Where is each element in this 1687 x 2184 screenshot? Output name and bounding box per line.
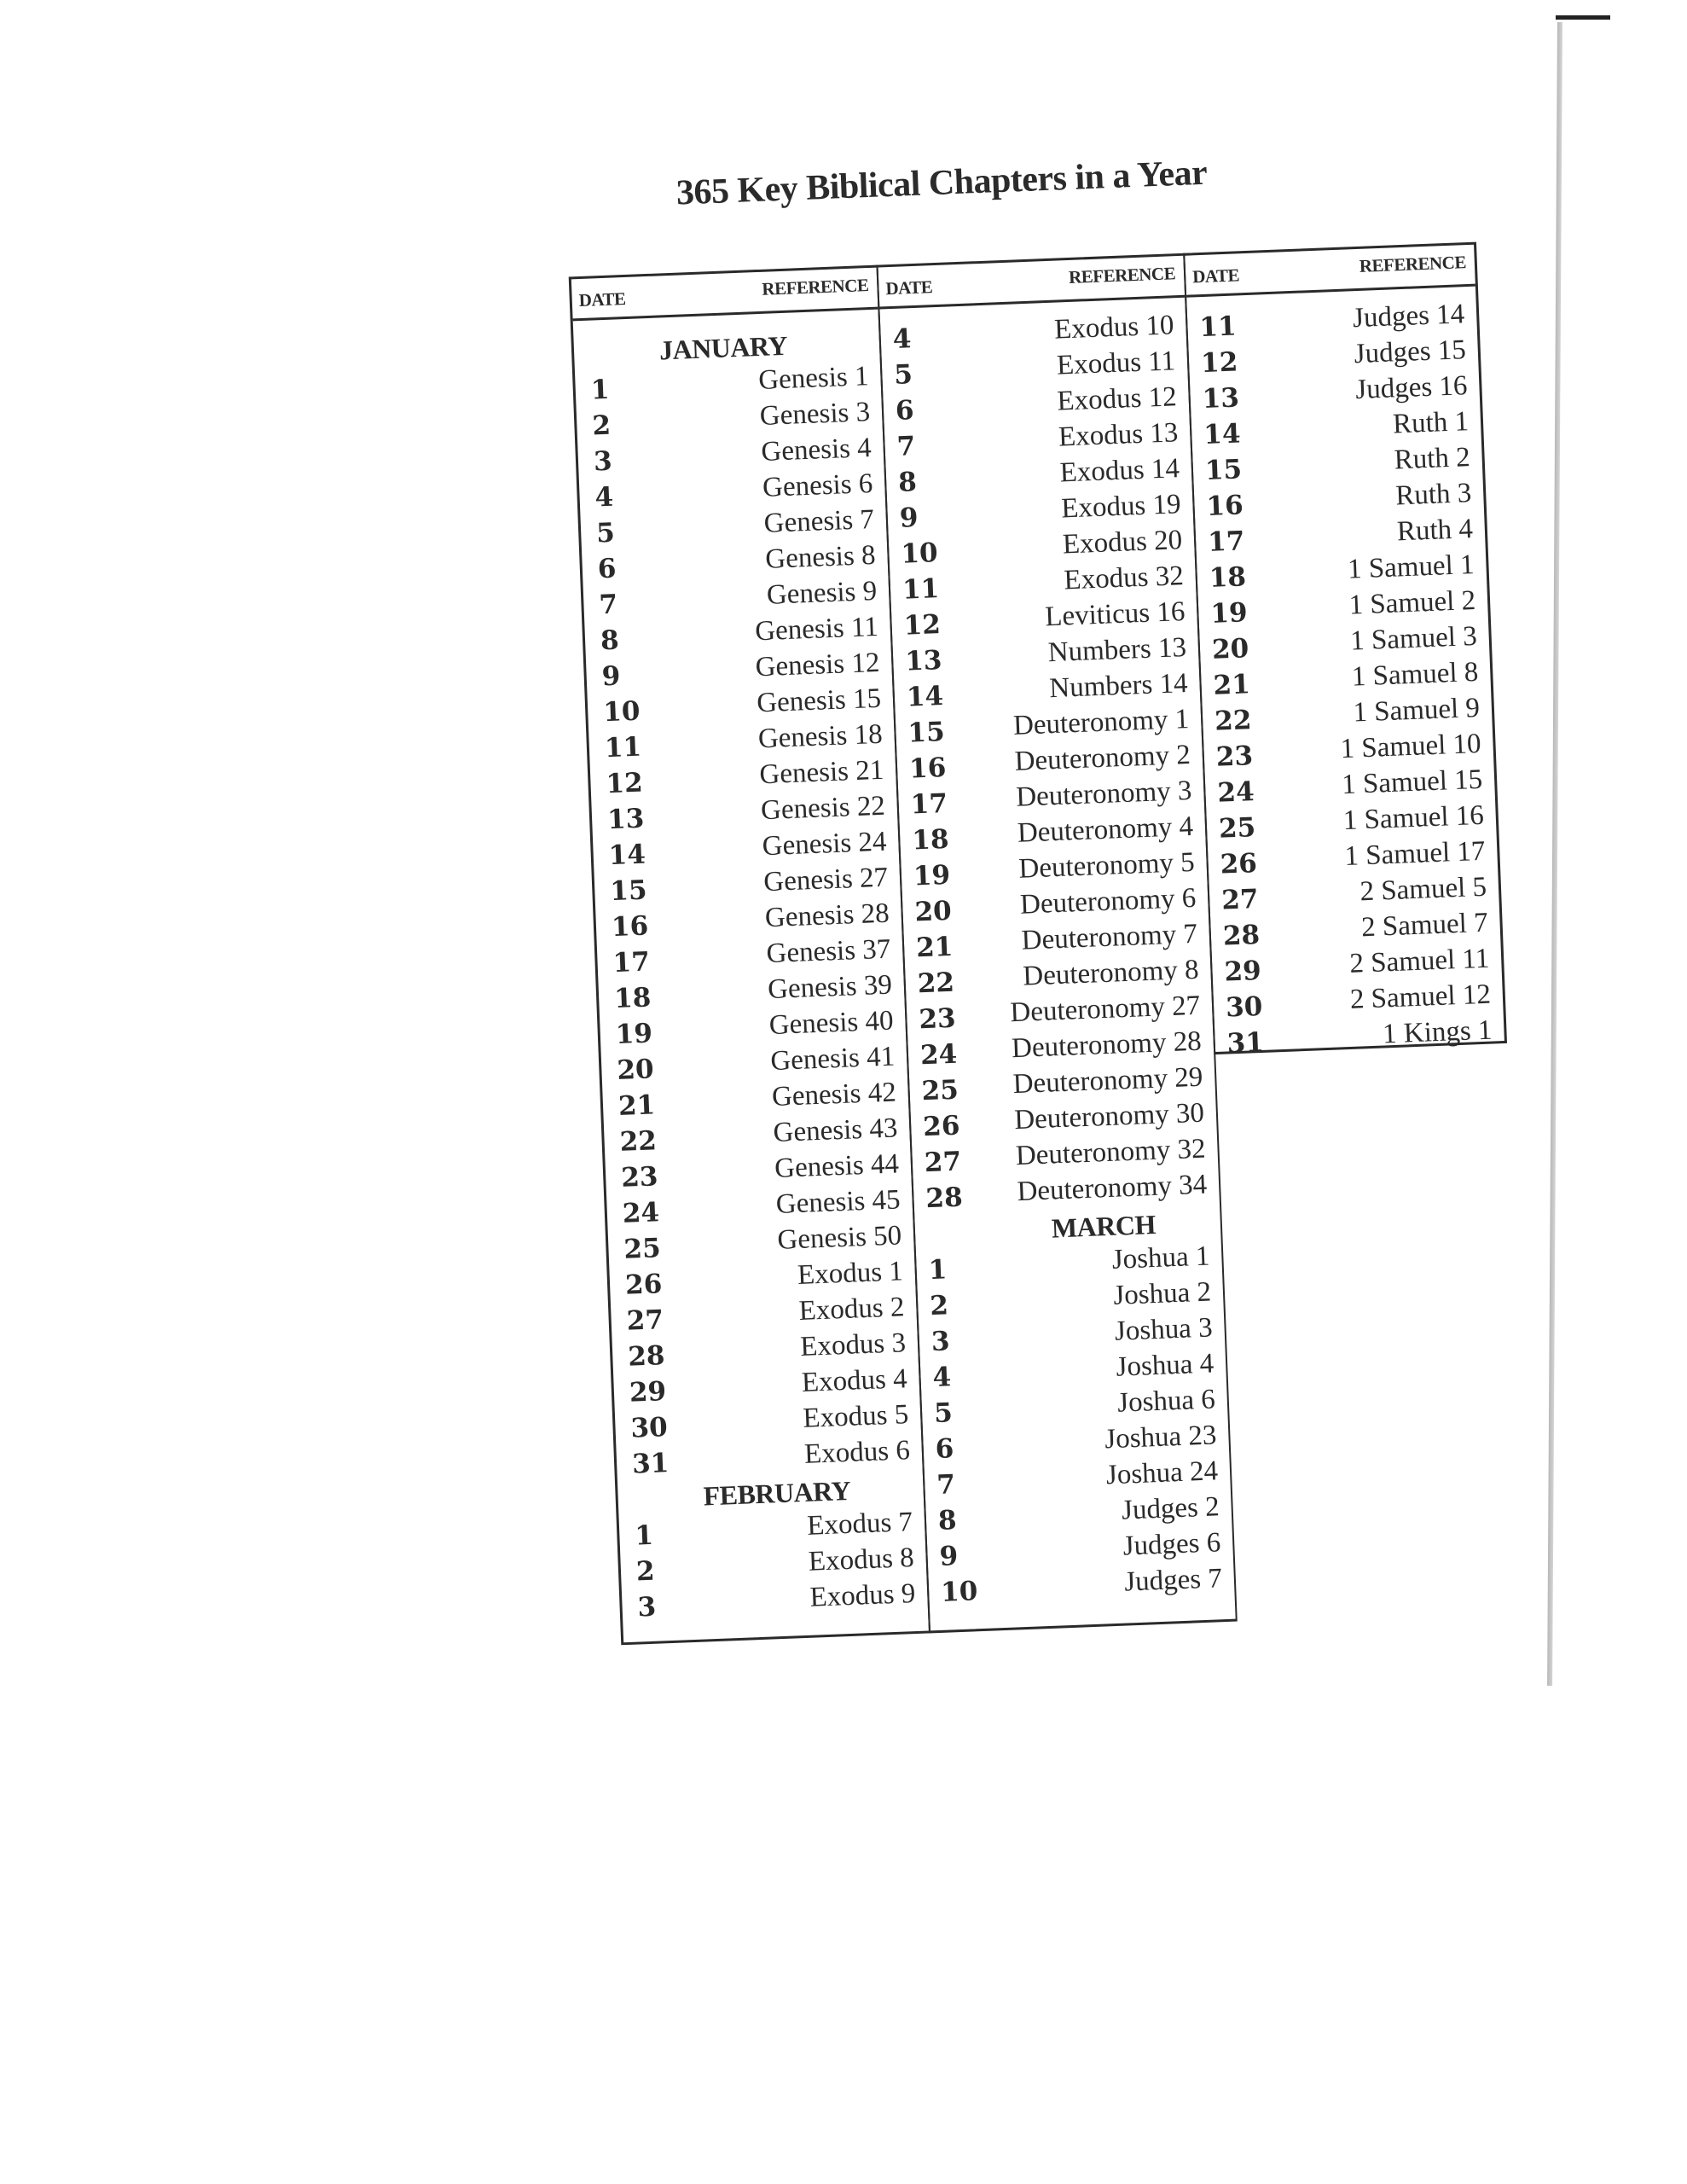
date-cell: 23 (1215, 741, 1253, 773)
date-cell: 31 (632, 1448, 670, 1480)
date-cell: 9 (939, 1541, 959, 1572)
reference-cell: Genesis 7 (763, 504, 875, 540)
reference-header: REFERENCE (1359, 252, 1466, 277)
date-cell: 17 (1208, 526, 1245, 558)
reference-cell: Genesis 6 (762, 468, 873, 504)
reference-cell: Leviticus 16 (1045, 596, 1186, 633)
date-cell: 21 (1213, 669, 1250, 701)
date-cell: 22 (1215, 705, 1252, 737)
date-cell: 7 (896, 431, 916, 462)
reference-cell: 2 Samuel 12 (1349, 979, 1491, 1016)
reference-cell: Genesis 50 (777, 1220, 902, 1257)
reference-cell: Exodus 1 (797, 1256, 903, 1292)
reference-cell: Genesis 9 (766, 576, 878, 612)
reference-cell: Genesis 45 (775, 1184, 901, 1221)
reference-cell: Genesis 42 (771, 1077, 896, 1113)
date-cell: 18 (912, 824, 949, 857)
reference-cell: Genesis 12 (755, 648, 880, 684)
reference-cell: Exodus 20 (1062, 525, 1183, 561)
date-cell: 13 (1202, 382, 1239, 415)
reference-cell: Judges 15 (1354, 334, 1466, 370)
reference-cell: 2 Samuel 7 (1361, 908, 1489, 944)
reference-cell: Ruth 1 (1392, 406, 1469, 440)
reference-cell: Genesis 18 (757, 719, 883, 756)
date-cell: 16 (611, 910, 648, 943)
date-cell: 10 (603, 696, 641, 729)
date-cell: 23 (621, 1161, 658, 1194)
date-cell: 1 (928, 1254, 948, 1286)
reference-cell: Exodus 3 (800, 1327, 907, 1363)
date-cell: 2 (592, 410, 612, 442)
date-cell: 25 (921, 1075, 959, 1107)
reference-cell: 2 Samuel 5 (1359, 872, 1487, 909)
date-cell: 22 (917, 967, 954, 1000)
date-cell: 21 (617, 1089, 655, 1122)
date-cell: 2 (635, 1556, 655, 1588)
reference-header: REFERENCE (1069, 263, 1176, 288)
table-column-1: DATE REFERENCE JANUARY1Genesis 12Genesis… (569, 265, 930, 1646)
table-column-3: DATE REFERENCE 11Judges 1412Judges 1513J… (1183, 242, 1507, 1055)
reference-cell: Joshua 2 (1113, 1276, 1212, 1311)
date-header: DATE (885, 276, 933, 299)
reference-cell: Exodus 14 (1059, 453, 1180, 489)
reference-cell: Ruth 3 (1395, 478, 1472, 512)
date-cell: 27 (1221, 884, 1259, 916)
reference-cell: 1 Samuel 2 (1348, 585, 1476, 622)
date-cell: 24 (1217, 776, 1255, 809)
date-cell: 25 (623, 1233, 661, 1265)
reference-cell: 1 Samuel 15 (1342, 764, 1483, 801)
date-cell: 20 (1211, 633, 1249, 665)
date-cell: 1 (635, 1520, 654, 1552)
date-cell: 7 (599, 590, 618, 621)
reference-cell: Exodus 13 (1058, 417, 1179, 453)
date-cell: 18 (614, 982, 652, 1014)
scan-page-corner (1556, 15, 1610, 20)
date-cell: 15 (610, 875, 647, 908)
reference-cell: Numbers 14 (1049, 668, 1189, 705)
date-cell: 26 (624, 1269, 662, 1301)
date-cell: 25 (1218, 812, 1255, 845)
reference-cell: Exodus 4 (801, 1363, 907, 1399)
document-title: 365 Key Biblical Chapters in a Year (675, 153, 1208, 214)
reference-cell: Genesis 1 (758, 361, 870, 397)
date-cell: 28 (628, 1340, 665, 1373)
date-cell: 13 (606, 804, 644, 836)
reference-cell: Joshua 1 (1111, 1240, 1210, 1275)
reference-cell: Genesis 39 (768, 970, 893, 1007)
date-cell: 8 (937, 1505, 957, 1536)
date-cell: 29 (629, 1376, 666, 1409)
date-cell: 11 (1199, 311, 1237, 343)
reference-cell: Judges 14 (1352, 299, 1464, 334)
date-cell: 5 (933, 1397, 953, 1429)
reference-cell: 1 Samuel 16 (1342, 800, 1484, 837)
reference-cell: Exodus 6 (803, 1435, 910, 1471)
reference-cell: Genesis 40 (768, 1006, 894, 1043)
date-cell: 1 (590, 375, 610, 406)
reference-cell: Ruth 2 (1394, 442, 1470, 476)
reference-header: REFERENCE (762, 275, 869, 300)
date-cell: 13 (905, 645, 942, 677)
month-label: MARCH (1051, 1209, 1156, 1245)
reference-cell: Genesis 11 (755, 612, 879, 648)
reference-cell: Genesis 22 (760, 791, 885, 828)
reference-cell: Genesis 28 (764, 898, 890, 935)
reference-cell: Exodus 19 (1061, 489, 1182, 525)
date-cell: 12 (1200, 346, 1238, 379)
date-cell: 28 (925, 1182, 963, 1215)
reference-cell: Exodus 32 (1064, 561, 1185, 596)
reference-cell: Genesis 43 (773, 1112, 898, 1149)
date-cell: 26 (923, 1111, 960, 1143)
date-cell: 8 (898, 467, 918, 498)
date-cell: 16 (908, 752, 946, 785)
date-cell: 14 (608, 839, 646, 872)
date-cell: 3 (593, 446, 612, 478)
reference-cell: Genesis 24 (762, 827, 887, 863)
reference-cell: Genesis 21 (759, 755, 884, 792)
reference-cell: Exodus 5 (803, 1399, 909, 1435)
reference-cell: Genesis 15 (757, 683, 882, 720)
column-body: 11Judges 1412Judges 1513Judges 1614Ruth … (1186, 287, 1504, 1058)
date-cell: 31 (1226, 1027, 1264, 1060)
reference-cell: Genesis 41 (770, 1041, 896, 1077)
reference-cell: 1 Kings 1 (1382, 1015, 1493, 1051)
reference-cell: Ruth 4 (1396, 514, 1473, 548)
reference-cell: 1 Samuel 17 (1344, 836, 1486, 873)
date-cell: 5 (894, 359, 913, 391)
date-cell: 20 (617, 1054, 654, 1086)
reference-cell: Exodus 12 (1057, 381, 1178, 417)
date-cell: 9 (899, 502, 919, 534)
date-cell: 14 (1203, 418, 1241, 450)
reference-cell: Exodus 11 (1056, 346, 1175, 381)
reference-cell: 1 Samuel 9 (1353, 693, 1481, 729)
reference-cell: Genesis 27 (763, 863, 889, 899)
date-cell: 15 (907, 717, 945, 749)
date-cell: 11 (604, 732, 641, 764)
date-cell: 24 (919, 1039, 957, 1072)
date-header: DATE (1192, 264, 1240, 288)
reference-cell: Joshua 23 (1104, 1420, 1217, 1455)
reference-cell: Judges 6 (1122, 1527, 1221, 1562)
date-cell: 19 (615, 1018, 652, 1050)
reference-cell: Joshua 3 (1114, 1312, 1213, 1347)
date-cell: 11 (901, 573, 939, 606)
date-cell: 14 (906, 681, 943, 713)
reference-cell: 1 Samuel 1 (1347, 549, 1475, 586)
reading-plan-table: DATE REFERENCE JANUARY1Genesis 12Genesis… (569, 242, 1476, 277)
reference-cell: Genesis 3 (759, 397, 871, 433)
date-cell: 10 (941, 1576, 978, 1608)
date-cell: 28 (1222, 920, 1260, 952)
document-sheet: 365 Key Biblical Chapters in a Year DATE… (554, 92, 1492, 128)
reference-cell: Joshua 4 (1116, 1348, 1215, 1383)
date-cell: 4 (594, 482, 614, 514)
reference-cell: Judges 2 (1121, 1491, 1220, 1526)
date-cell: 10 (901, 537, 938, 570)
date-cell: 7 (936, 1469, 956, 1501)
reference-cell: Joshua 6 (1117, 1384, 1216, 1419)
date-cell: 30 (1225, 991, 1262, 1024)
reference-cell: Exodus 8 (808, 1542, 914, 1578)
column-body: 4Exodus 105Exodus 116Exodus 127Exodus 13… (879, 298, 1234, 1607)
date-cell: 22 (619, 1125, 657, 1158)
date-cell: 3 (930, 1326, 950, 1357)
date-cell: 21 (916, 932, 954, 964)
date-cell: 30 (630, 1412, 668, 1444)
reference-cell: Genesis 37 (766, 934, 891, 971)
date-cell: 9 (601, 661, 621, 693)
date-cell: 17 (910, 788, 948, 821)
column-body: JANUARY1Genesis 12Genesis 33Genesis 44Ge… (573, 310, 928, 1623)
date-cell: 8 (600, 625, 619, 657)
date-cell: 12 (606, 768, 643, 800)
reference-cell: Genesis 8 (765, 540, 877, 576)
reference-cell: Joshua 24 (1105, 1455, 1218, 1491)
scan-page-edge (1547, 22, 1562, 1686)
date-header: DATE (578, 288, 626, 311)
reference-cell: Numbers 13 (1047, 632, 1187, 669)
date-cell: 4 (932, 1362, 952, 1393)
date-cell: 6 (895, 395, 914, 427)
date-cell: 27 (626, 1304, 664, 1337)
date-cell: 16 (1206, 490, 1244, 522)
reference-cell: Judges 7 (1124, 1563, 1223, 1598)
reference-cell: Judges 16 (1355, 370, 1468, 406)
date-cell: 29 (1224, 955, 1261, 988)
reference-cell: 2 Samuel 11 (1349, 944, 1490, 980)
date-cell: 5 (596, 518, 616, 549)
date-cell: 26 (1220, 848, 1257, 880)
date-cell: 19 (1210, 597, 1248, 630)
date-cell: 18 (1209, 561, 1246, 594)
reference-cell: Genesis 4 (761, 433, 872, 468)
date-cell: 27 (924, 1147, 961, 1179)
reference-cell: Genesis 44 (774, 1148, 900, 1185)
date-cell: 4 (892, 323, 912, 355)
date-cell: 20 (914, 896, 952, 928)
date-cell: 17 (612, 946, 650, 979)
reference-cell: Exodus 7 (807, 1507, 913, 1542)
table-column-2: DATE REFERENCE 4Exodus 105Exodus 116Exod… (876, 253, 1237, 1634)
reference-cell: Exodus 9 (809, 1578, 916, 1614)
date-cell: 12 (903, 609, 941, 642)
reference-cell: 1 Samuel 10 (1340, 729, 1481, 765)
date-cell: 15 (1204, 454, 1242, 486)
date-cell: 3 (637, 1592, 657, 1623)
date-cell: 19 (913, 860, 950, 892)
date-cell: 2 (930, 1290, 949, 1321)
reference-cell: Exodus 10 (1054, 310, 1175, 346)
date-cell: 23 (919, 1003, 956, 1036)
date-cell: 6 (935, 1433, 954, 1465)
reference-cell: Exodus 2 (798, 1292, 905, 1327)
reference-cell: 1 Samuel 8 (1351, 657, 1479, 694)
reference-cell: 1 Samuel 3 (1350, 621, 1478, 658)
date-cell: 24 (622, 1197, 659, 1229)
date-cell: 6 (597, 554, 617, 585)
